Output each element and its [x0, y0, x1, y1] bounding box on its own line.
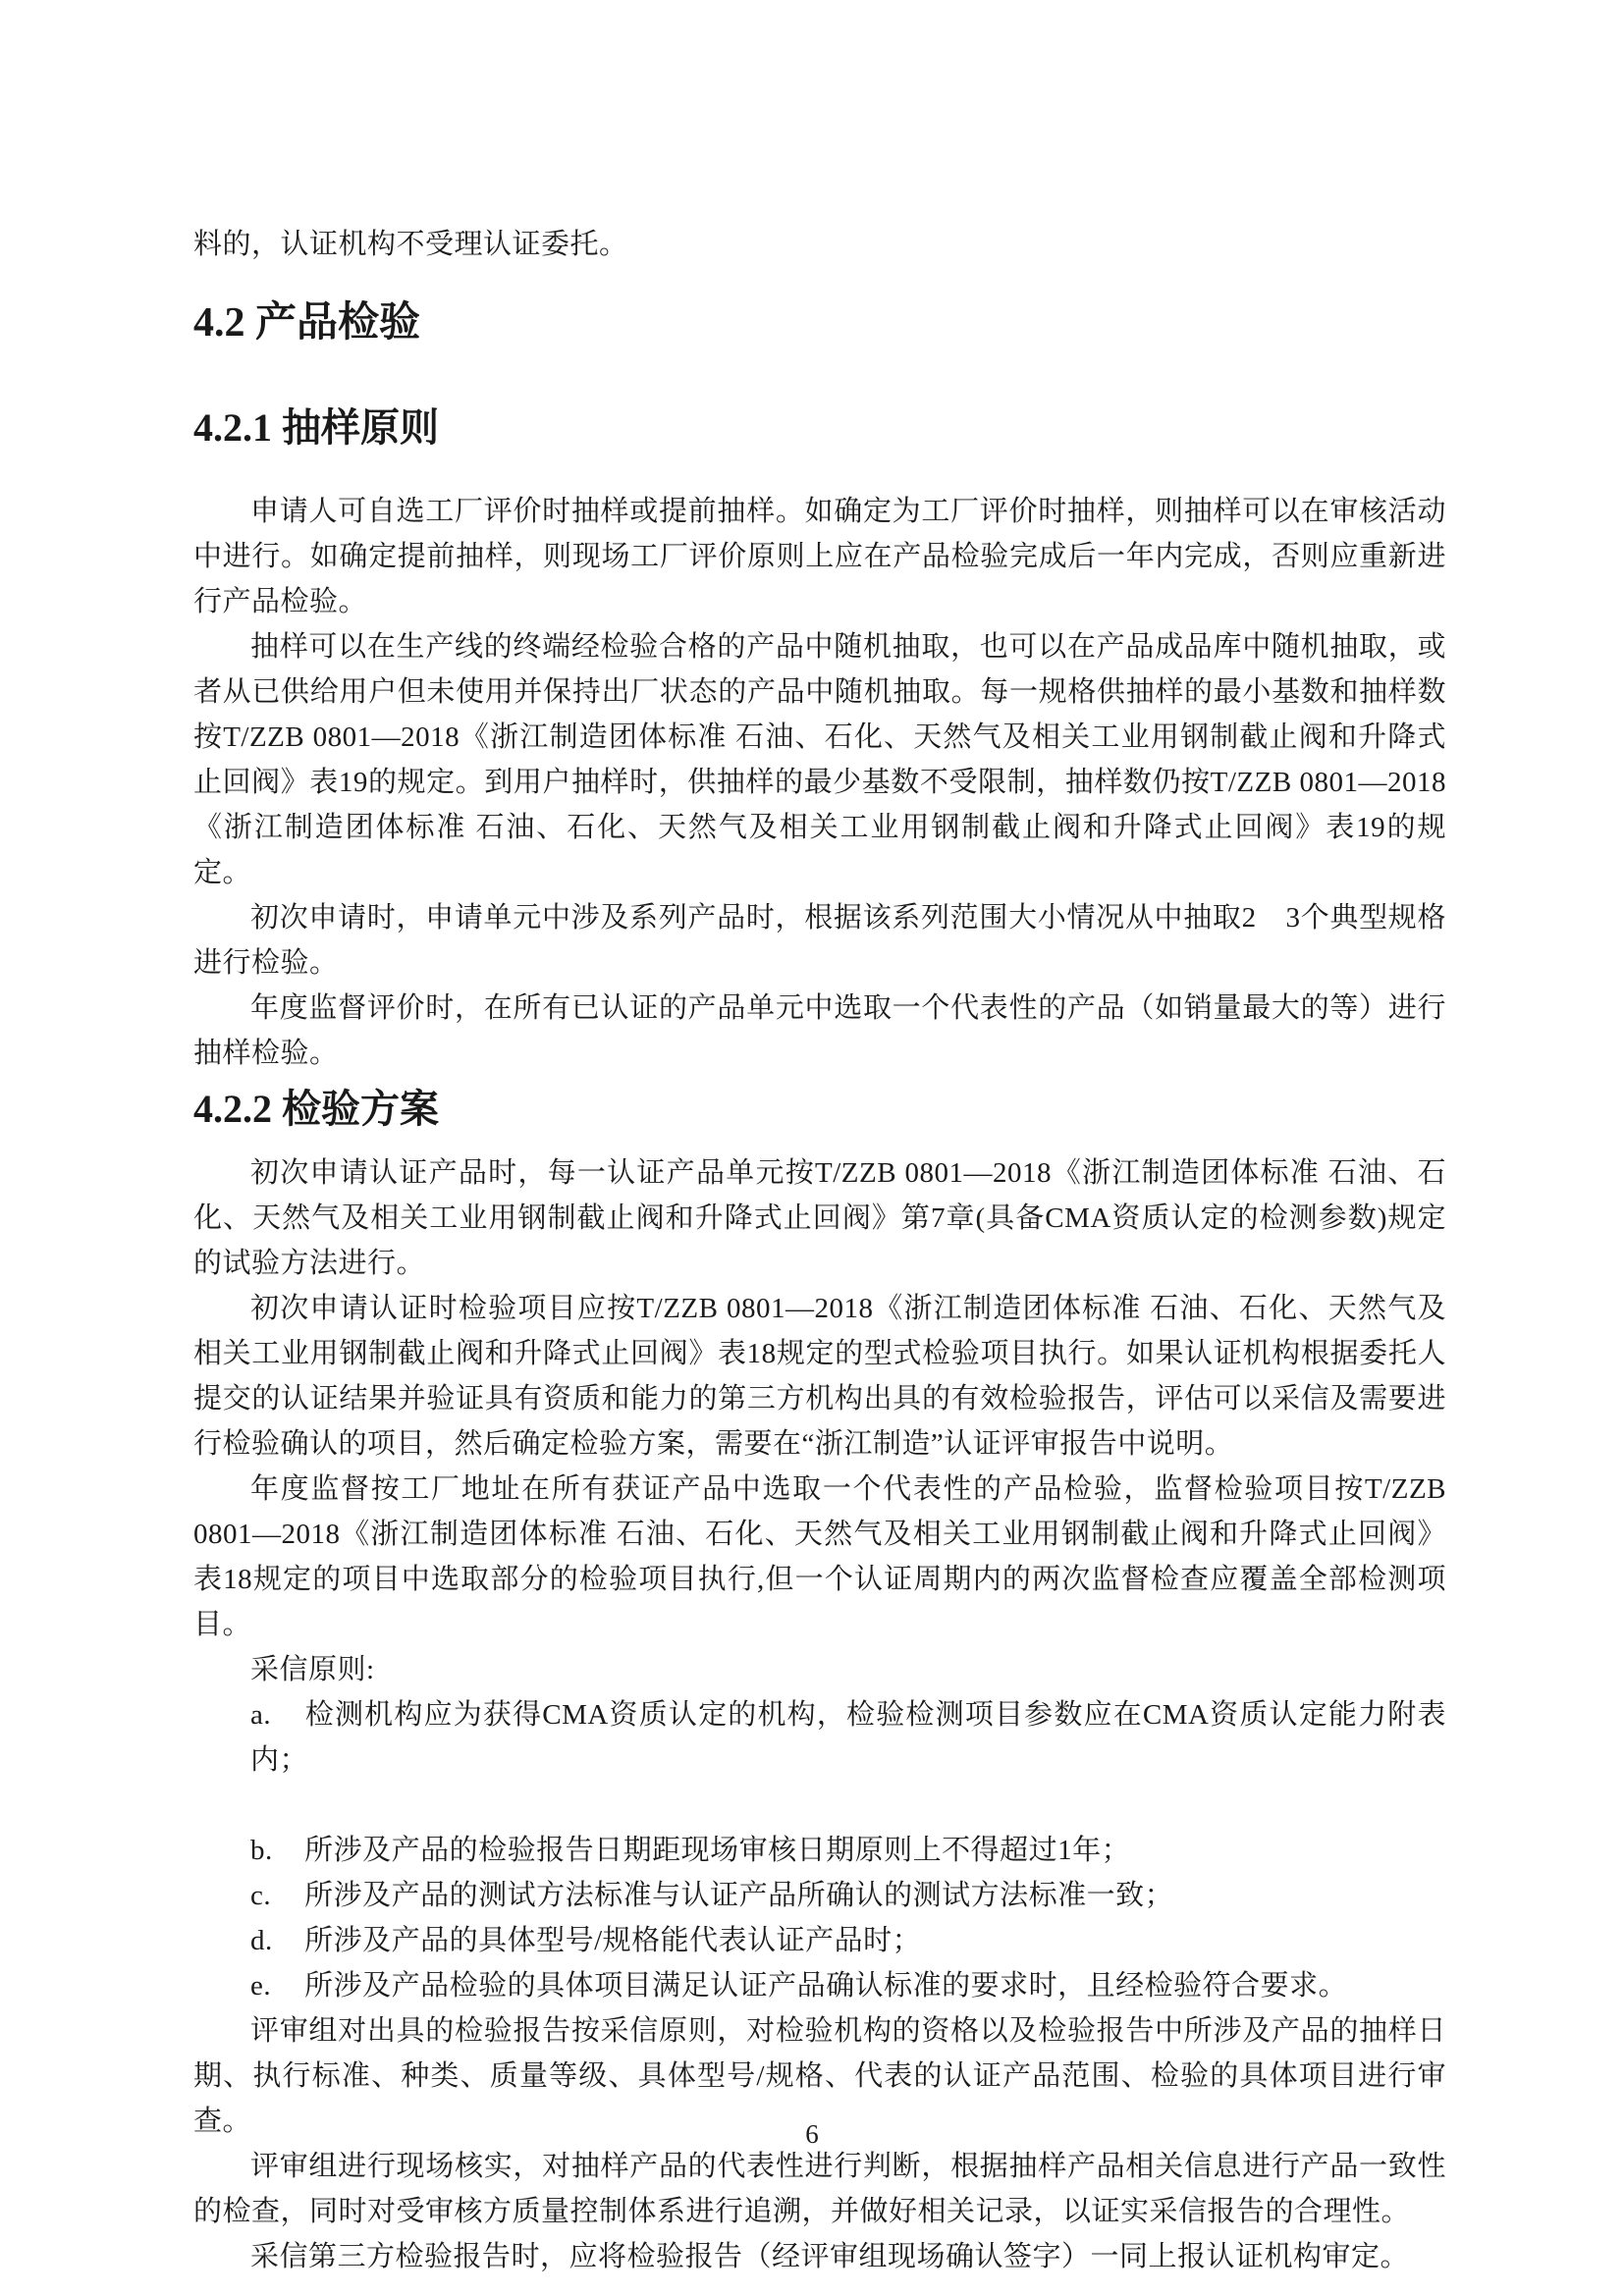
list-item-c-text: 所涉及产品的测试方法标准与认证产品所确认的测试方法标准一致；: [304, 1880, 1173, 1911]
section-heading-4-2: 4.2 产品检验: [193, 298, 1446, 347]
paragraph-continuation: 料的，认证机构不受理认证委托。: [193, 222, 1446, 267]
paragraph-sampling-3: 初次申请时，申请单元中涉及系列产品时，根据该系列范围大小情况从中抽取2 3个典型…: [193, 895, 1446, 986]
list-item-a: a.检测机构应为获得CMA资质认定的机构，检验检测项目参数应在CMA资质认定能力…: [193, 1692, 1446, 1783]
list-item-a-text: 检测机构应为获得CMA资质认定的机构，检验检测项目参数应在CMA资质认定能力附表…: [250, 1699, 1446, 1776]
list-item-e: e.所涉及产品检验的具体项目满足认证产品确认标准的要求时，且经检验符合要求。: [193, 1963, 1446, 2008]
list-item-b: b.所涉及产品的检验报告日期距现场审核日期原则上不得超过1年；: [193, 1828, 1446, 1873]
paragraph-sampling-4: 年度监督评价时，在所有已认证的产品单元中选取一个代表性的产品（如销量最大的等）进…: [193, 986, 1446, 1076]
paragraph-plan-2: 初次申请认证时检验项目应按T/ZZB 0801—2018《浙江制造团体标准 石油…: [193, 1286, 1446, 1467]
paragraph-plan-1: 初次申请认证产品时，每一认证产品单元按T/ZZB 0801—2018《浙江制造团…: [193, 1150, 1446, 1286]
page-number: 6: [0, 2118, 1624, 2150]
paragraph-adoption-principles-label: 采信原则:: [193, 1647, 1446, 1692]
list-item-c-label: c.: [250, 1873, 304, 1918]
document-page: 料的，认证机构不受理认证委托。 4.2 产品检验 4.2.1 抽样原则 申请人可…: [0, 0, 1624, 2296]
section-heading-4-2-1: 4.2.1 抽样原则: [193, 404, 1446, 452]
paragraph-review-2: 评审组进行现场核实，对抽样产品的代表性进行判断，根据抽样产品相关信息进行产品一致…: [193, 2144, 1446, 2234]
page-content: 料的，认证机构不受理认证委托。 4.2 产品检验 4.2.1 抽样原则 申请人可…: [193, 222, 1446, 2279]
list-item-a-label: a.: [250, 1692, 304, 1737]
paragraph-sampling-2: 抽样可以在生产线的终端经检验合格的产品中随机抽取，也可以在产品成品库中随机抽取，…: [193, 624, 1446, 895]
list-item-d: d.所涉及产品的具体型号/规格能代表认证产品时；: [193, 1918, 1446, 1963]
list-item-d-label: d.: [250, 1918, 304, 1963]
paragraph-review-3: 采信第三方检验报告时，应将检验报告（经评审组现场确认签字）一同上报认证机构审定。: [193, 2234, 1446, 2279]
list-item-e-text: 所涉及产品检验的具体项目满足认证产品确认标准的要求时，且经检验符合要求。: [304, 1970, 1347, 2002]
paragraph-sampling-1: 申请人可自选工厂评价时抽样或提前抽样。如确定为工厂评价时抽样，则抽样可以在审核活…: [193, 489, 1446, 624]
paragraph-plan-3: 年度监督按工厂地址在所有获证产品中选取一个代表性的产品检验，监督检验项目按T/Z…: [193, 1467, 1446, 1647]
list-item-b-text: 所涉及产品的检验报告日期距现场审核日期原则上不得超过1年；: [304, 1835, 1130, 1866]
section-heading-4-2-2: 4.2.2 检验方案: [193, 1086, 1446, 1133]
list-item-b-label: b.: [250, 1828, 304, 1873]
list-item-d-text: 所涉及产品的具体型号/规格能代表认证产品时；: [304, 1925, 921, 1956]
list-item-c: c.所涉及产品的测试方法标准与认证产品所确认的测试方法标准一致；: [193, 1873, 1446, 1918]
list-item-e-label: e.: [250, 1963, 304, 2008]
